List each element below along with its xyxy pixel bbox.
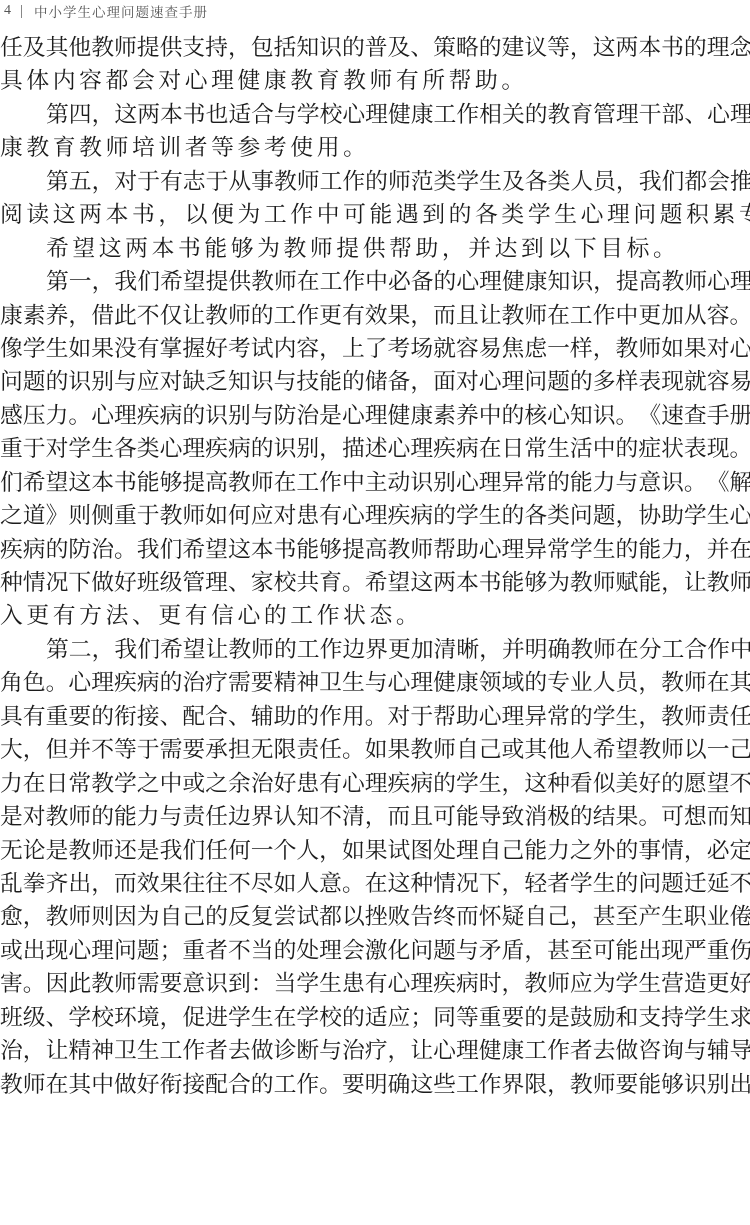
- text-line: 大，但并不等于需要承担无限责任。如果教师自己或其他人希望教师以一己之: [0, 734, 750, 767]
- text-line: 第四，这两本书也适合与学校心理健康工作相关的教育管理干部、心理健: [0, 99, 750, 132]
- text-line: 入更有方法、更有信心的工作状态。: [0, 600, 750, 633]
- text-line: 第二，我们希望让教师的工作边界更加清晰，并明确教师在分工合作中的: [0, 634, 750, 667]
- text-line: 像学生如果没有掌握好考试内容，上了考场就容易焦虑一样，教师如果对心理: [0, 333, 750, 366]
- text-line: 阅读这两本书，以便为工作中可能遇到的各类学生心理问题积累专业储备。: [0, 199, 750, 232]
- text-line: 是对教师的能力与责任边界认知不清，而且可能导致消极的结果。可想而知，: [0, 801, 750, 834]
- page-number: 4: [4, 3, 11, 19]
- text-line: 害。因此教师需要意识到：当学生患有心理疾病时，教师应为学生营造更好的: [0, 968, 750, 1001]
- text-line: 感压力。心理疾病的识别与防治是心理健康素养中的核心知识。《速查手册》侧: [0, 400, 750, 433]
- text-line: 重于对学生各类心理疾病的识别，描述心理疾病在日常生活中的症状表现。我: [0, 433, 750, 466]
- text-line: 乱拳齐出，而效果往往不尽如人意。在这种情况下，轻者学生的问题迁延不: [0, 868, 750, 901]
- text-line: 角色。心理疾病的治疗需要精神卫生与心理健康领域的专业人员，教师在其中: [0, 667, 750, 700]
- text-line: 康素养，借此不仅让教师的工作更有效果，而且让教师在工作中更加从容。就: [0, 300, 750, 333]
- text-line: 愈，教师则因为自己的反复尝试都以挫败告终而怀疑自己，甚至产生职业倦怠: [0, 901, 750, 934]
- text-line: 具有重要的衔接、配合、辅助的作用。对于帮助心理异常的学生，教师责任重: [0, 701, 750, 734]
- text-line: 治，让精神卫生工作者去做诊断与治疗，让心理健康工作者去做咨询与辅导，: [0, 1035, 750, 1068]
- text-line: 教师在其中做好衔接配合的工作。要明确这些工作界限，教师要能够识别出什: [0, 1069, 750, 1102]
- running-header: 4 中小学生心理问题速查手册: [4, 0, 208, 22]
- text-line: 康教育教师培训者等参考使用。: [0, 132, 750, 165]
- text-line: 问题的识别与应对缺乏知识与技能的储备，面对心理问题的多样表现就容易倍: [0, 366, 750, 399]
- header-divider: [21, 5, 22, 18]
- text-line: 们希望这本书能够提高教师在工作中主动识别心理异常的能力与意识。《解决: [0, 467, 750, 500]
- text-line: 或出现心理问题；重者不当的处理会激化问题与矛盾，甚至可能出现严重伤: [0, 935, 750, 968]
- text-line: 第一，我们希望提供教师在工作中必备的心理健康知识，提高教师心理健: [0, 266, 750, 299]
- text-line: 疾病的防治。我们希望这本书能够提高教师帮助心理异常学生的能力，并在这: [0, 534, 750, 567]
- book-title: 中小学生心理问题速查手册: [34, 1, 208, 21]
- text-line: 班级、学校环境，促进学生在学校的适应；同等重要的是鼓励和支持学生求: [0, 1002, 750, 1035]
- text-line: 之道》则侧重于教师如何应对患有心理疾病的学生的各类问题，协助学生心理: [0, 500, 750, 533]
- text-line: 具体内容都会对心理健康教育教师有所帮助。: [0, 65, 750, 98]
- text-line: 无论是教师还是我们任何一个人，如果试图处理自己能力之外的事情，必定是: [0, 835, 750, 868]
- text-line: 第五，对于有志于从事教师工作的师范类学生及各类人员，我们都会推荐: [0, 166, 750, 199]
- text-line: 力在日常教学之中或之余治好患有心理疾病的学生，这种看似美好的愿望不但: [0, 768, 750, 801]
- text-line: 任及其他教师提供支持，包括知识的普及、策略的建议等，这两本书的理念和: [0, 32, 750, 65]
- text-line: 种情况下做好班级管理、家校共育。希望这两本书能够为教师赋能，让教师进: [0, 567, 750, 600]
- text-line: 希望这两本书能够为教师提供帮助，并达到以下目标。: [0, 233, 750, 266]
- body-text: 任及其他教师提供支持，包括知识的普及、策略的建议等，这两本书的理念和具体内容都会…: [0, 32, 750, 1102]
